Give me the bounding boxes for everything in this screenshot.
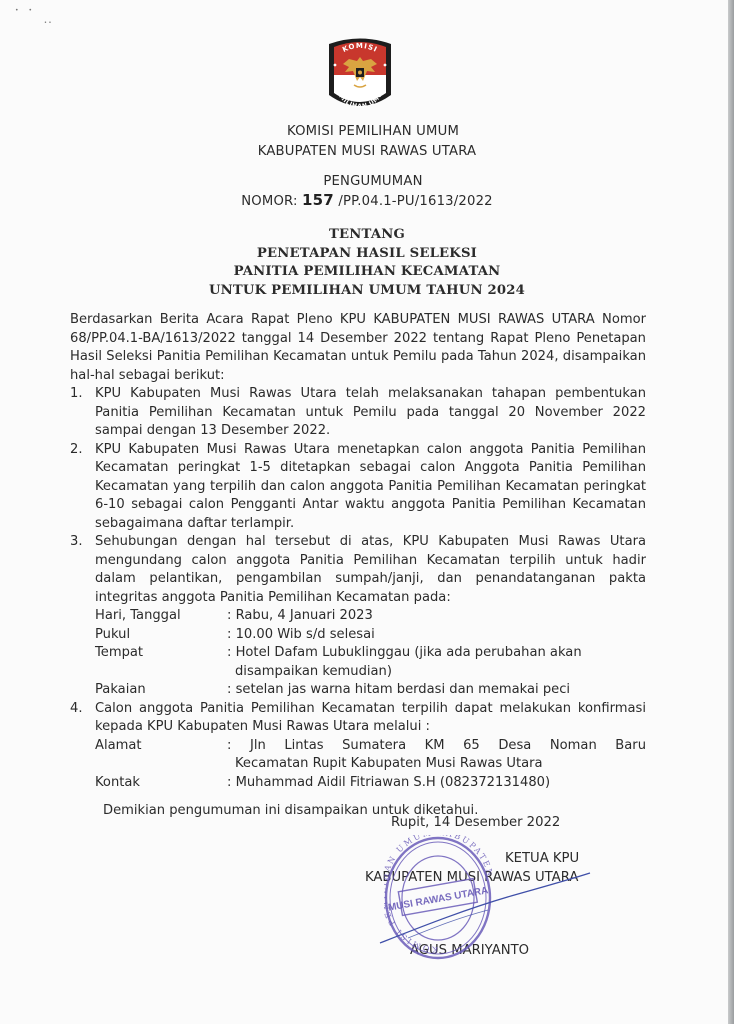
title-line: PENETAPAN HASIL SELEKSI	[0, 245, 734, 264]
title-line: PANITIA PEMILIHAN KECAMATAN	[0, 263, 734, 282]
intro-paragraph: Berdasarkan Berita Acara Rapat Pleno KPU…	[70, 311, 646, 385]
document-title: TENTANG PENETAPAN HASIL SELEKSI PANITIA …	[0, 226, 734, 300]
org-regency: KABUPATEN MUSI RAWAS UTARA	[0, 142, 734, 162]
detail-row-address: Alamat : Jln Lintas Sumatera KM 65 Desa …	[95, 737, 646, 774]
detail-label: Alamat	[95, 737, 227, 774]
detail-label: Tempat	[95, 644, 227, 681]
detail-value: : 10.00 Wib s/d selesai	[227, 626, 646, 645]
signatory-office: KABUPATEN MUSI RAWAS UTARA	[355, 868, 635, 887]
list-item-4: 4. Calon anggota Panitia Pemilihan Kecam…	[70, 700, 646, 793]
announcement-header: PENGUMUMAN NOMOR: 157 /PP.04.1-PU/1613/2…	[0, 172, 734, 211]
detail-value: : Rabu, 4 Januari 2023	[227, 607, 646, 626]
title-line: UNTUK PEMILIHAN UMUM TAHUN 2024	[0, 282, 734, 301]
detail-row-place: Tempat : Hotel Dafam Lubuklinggau (jika …	[95, 644, 646, 681]
scan-page-edge	[728, 0, 734, 1024]
title-line: TENTANG	[0, 226, 734, 245]
detail-value-continued: disampaikan kemudian)	[227, 664, 392, 679]
list-item-3: 3. Sehubungan dengan hal tersebut di ata…	[70, 533, 646, 700]
detail-label: Pukul	[95, 626, 227, 645]
detail-row-contact: Kontak : Muhammad Aidil Fitriawan S.H (0…	[95, 774, 646, 793]
nomor-handwritten-number: 157	[302, 191, 334, 209]
place-date: Rupit, 14 Desember 2022	[355, 813, 635, 832]
list-item-1: 1. KPU Kabupaten Musi Rawas Utara telah …	[70, 385, 646, 441]
detail-label: Hari, Tanggal	[95, 607, 227, 626]
signatory-title: KETUA KPU	[355, 849, 635, 868]
detail-value: : Hotel Dafam Lubuklinggau (jika ada per…	[227, 645, 582, 660]
item-text: KPU Kabupaten Musi Rawas Utara menetapka…	[95, 441, 646, 534]
nomor-suffix: /PP.04.1-PU/1613/2022	[338, 194, 492, 209]
organization-header: KOMISI PEMILIHAN UMUM KABUPATEN MUSI RAW…	[0, 122, 734, 162]
announcement-label: PENGUMUMAN	[0, 172, 734, 191]
item-number: 2.	[70, 441, 95, 534]
scan-artifact: • •	[15, 7, 36, 14]
list-item-2: 2. KPU Kabupaten Musi Rawas Utara meneta…	[70, 441, 646, 534]
detail-row-date: Hari, Tanggal : Rabu, 4 Januari 2023	[95, 607, 646, 626]
nomor-label: NOMOR:	[241, 194, 297, 209]
item-number: 4.	[70, 700, 95, 793]
item-number: 1.	[70, 385, 95, 441]
org-name: KOMISI PEMILIHAN UMUM	[0, 122, 734, 142]
detail-value: : setelan jas warna hitam berdasi dan me…	[227, 681, 646, 700]
signatory-name: AGUS MARIYANTO	[355, 941, 635, 960]
document-body: Berdasarkan Berita Acara Rapat Pleno KPU…	[70, 311, 646, 821]
signature-block: Rupit, 14 Desember 2022 KETUA KPU KABUPA…	[355, 813, 635, 960]
detail-value-continued: Kecamatan Rupit Kabupaten Musi Rawas Uta…	[227, 756, 543, 771]
scan-artifact: • •	[44, 20, 52, 26]
item-text: Calon anggota Panitia Pemilihan Kecamata…	[95, 700, 646, 737]
kpu-logo-icon: KOMISI PEMILIHAN UMUM	[325, 35, 395, 113]
detail-label: Pakaian	[95, 681, 227, 700]
item-text: Sehubungan dengan hal tersebut di atas, …	[95, 533, 646, 607]
detail-value: : Muhammad Aidil Fitriawan S.H (08237213…	[227, 774, 646, 793]
detail-row-time: Pukul : 10.00 Wib s/d selesai	[95, 626, 646, 645]
item-number: 3.	[70, 533, 95, 700]
document-number: NOMOR: 157 /PP.04.1-PU/1613/2022	[0, 191, 734, 211]
item-text: KPU Kabupaten Musi Rawas Utara telah mel…	[95, 385, 646, 441]
detail-row-attire: Pakaian : setelan jas warna hitam berdas…	[95, 681, 646, 700]
detail-value: : Jln Lintas Sumatera KM 65 Desa Noman B…	[227, 737, 646, 756]
detail-label: Kontak	[95, 774, 227, 793]
document-page: • • • • KOMISI PEMILIHAN UMUM KOMISI PEM…	[0, 0, 728, 1024]
